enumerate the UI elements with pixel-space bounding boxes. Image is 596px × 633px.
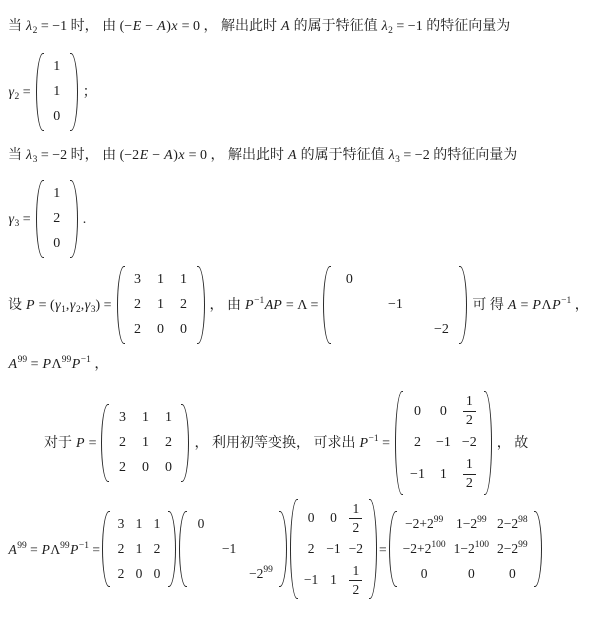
matrix-cell: 1 xyxy=(155,270,167,290)
matrix-cell: 2 xyxy=(162,433,174,453)
matrix-cell: −2 xyxy=(349,539,363,559)
right-parenthesis xyxy=(369,499,377,599)
matrix-cell: 12 xyxy=(463,458,476,491)
right-parenthesis xyxy=(279,511,287,587)
matrix-cell: 2−298 xyxy=(497,514,528,534)
matrix-cell: 1 xyxy=(437,465,449,485)
text-lambda2-case: 当 λ2 = −1 时， 由 (−E − A)x = 0 ， 解出此时 A 的属… xyxy=(8,16,510,37)
matrix-cell: −1 xyxy=(410,465,425,485)
paragraph-a99-formula: A99 = PΛ99P−1 ， xyxy=(8,354,590,375)
matrix-grid: 0−1−299 xyxy=(192,511,274,587)
text-equals-sign: = xyxy=(379,539,387,560)
matrix-lambda99-diagonal: 0−1−299 xyxy=(179,511,287,587)
matrix-grid: 110 xyxy=(49,53,65,131)
vector-gamma2: 110 xyxy=(36,53,78,131)
matrix-grid: 120 xyxy=(49,180,65,258)
right-parenthesis xyxy=(197,266,205,344)
text-gamma3-tail: . xyxy=(83,209,87,230)
matrix-cell: 0 xyxy=(139,458,151,478)
paragraph-diagonalization: 设 P = (γ1,γ2,γ3) = 311212200 ， 由 P−1AP =… xyxy=(8,266,590,344)
matrix-cell: 1 xyxy=(51,82,63,102)
matrix-cell: 12 xyxy=(349,502,362,534)
fraction-denominator: 2 xyxy=(352,519,359,535)
matrix-cell: 1 xyxy=(152,514,162,534)
math-solution-document: 当 λ2 = −1 时， 由 (−E − A)x = 0 ， 解出此时 A 的属… xyxy=(0,0,596,599)
matrix-cell: 1 xyxy=(134,514,144,534)
matrix-cell: −1 xyxy=(304,570,318,590)
matrix-cell: 2 xyxy=(116,539,126,559)
right-parenthesis xyxy=(168,511,176,587)
matrix-cell: 0 xyxy=(419,564,429,584)
matrix-cell: 0 xyxy=(152,564,162,584)
matrix-grid: −2+2991−2992−298−2+21001−21002−299000 xyxy=(402,511,529,587)
text-gamma2-tail: ； xyxy=(83,82,97,103)
matrix-cell: 1 xyxy=(178,270,190,290)
matrix-cell: 1 xyxy=(155,295,167,315)
matrix-cell: 2 xyxy=(116,433,128,453)
text-conclude-A: 可 得 A = PΛP−1 ， xyxy=(472,295,588,316)
matrix-cell: 2−299 xyxy=(497,539,528,559)
paragraph-p-inverse: 对于 P = 311212200 ， 利用初等变换， 可求出 P−1 = 001… xyxy=(44,391,590,495)
matrix-cell: 1−2100 xyxy=(454,539,489,559)
right-parenthesis xyxy=(484,391,492,495)
matrix-cell: 1 xyxy=(328,570,338,590)
matrix-cell: 0 xyxy=(507,564,517,584)
left-parenthesis xyxy=(389,511,397,587)
right-parenthesis xyxy=(459,266,467,344)
fraction: 12 xyxy=(349,502,362,534)
matrix-cell: 3 xyxy=(132,270,144,290)
text-for-P: 对于 P = xyxy=(44,433,96,454)
matrix-lambda-diagonal: 0−1−2 xyxy=(323,266,467,344)
matrix-grid: 00122−1−2−1112 xyxy=(408,391,479,495)
matrix-cell: 12 xyxy=(349,564,362,596)
text-elementary-transform: ， 利用初等变换， 可求出 P−1 = xyxy=(194,433,390,454)
matrix-cell: 0 xyxy=(338,270,360,290)
matrix-cell: 1 xyxy=(139,408,151,428)
matrix-cell: 0 xyxy=(328,508,338,528)
left-parenthesis xyxy=(323,266,331,344)
left-parenthesis xyxy=(290,499,298,599)
matrix-cell: 0 xyxy=(155,320,167,340)
matrix-cell: −2+299 xyxy=(405,514,443,534)
matrix-a99-result: −2+2991−2992−298−2+21001−21002−299000 xyxy=(389,511,542,587)
paragraph-eigenvalue-lambda3: 当 λ3 = −2 时， 由 (−2E − A)x = 0 ， 解出此时 A 的… xyxy=(8,145,590,166)
matrix-cell: −1 xyxy=(384,295,406,315)
left-parenthesis xyxy=(101,404,109,482)
matrix-cell: 1 xyxy=(51,184,63,204)
matrix-cell: −1 xyxy=(221,539,237,559)
fraction: 12 xyxy=(463,458,476,491)
matrix-cell: 1 xyxy=(139,433,151,453)
text-a99-expansion: A99 = PΛ99P−1 = xyxy=(8,539,100,560)
fraction: 12 xyxy=(463,395,476,428)
fraction-numerator: 1 xyxy=(463,395,476,412)
matrix-cell: 2 xyxy=(132,320,144,340)
matrix-cell: 2 xyxy=(51,209,63,229)
matrix-P: 311212200 xyxy=(117,266,205,344)
matrix-cell: 2 xyxy=(116,458,128,478)
paragraph-a99-computation: A99 = PΛ99P−1 = 311212200 0−1−299 00122−… xyxy=(8,499,590,599)
matrix-cell: 0 xyxy=(134,564,144,584)
matrix-grid: 311212200 xyxy=(114,404,176,482)
matrix-cell: 1 xyxy=(51,57,63,77)
matrix-cell: 2 xyxy=(412,433,424,453)
paragraph-eigenvalue-lambda2: 当 λ2 = −1 时， 由 (−E − A)x = 0 ， 解出此时 A 的属… xyxy=(8,16,590,37)
text-a99-formula: A99 = PΛ99P−1 ， xyxy=(8,354,108,375)
text-gamma3-lead: γ3 = xyxy=(8,209,31,230)
fraction-numerator: 1 xyxy=(349,564,362,581)
left-parenthesis xyxy=(102,511,110,587)
right-parenthesis xyxy=(70,180,78,258)
matrix-cell: 12 xyxy=(463,395,476,428)
matrix-P-inverse-factor: 00122−1−2−1112 xyxy=(290,499,377,599)
text-lambda3-case: 当 λ3 = −2 时， 由 (−2E − A)x = 0 ， 解出此时 A 的… xyxy=(8,145,517,166)
right-parenthesis xyxy=(534,511,542,587)
paragraph-gamma2-vector: γ2 = 110 ； xyxy=(8,53,590,131)
fraction-numerator: 1 xyxy=(463,458,476,475)
matrix-cell: −1 xyxy=(326,539,340,559)
matrix-cell: 0 xyxy=(412,402,424,422)
matrix-cell: 0 xyxy=(162,458,174,478)
fraction: 12 xyxy=(349,564,362,596)
matrix-P-factor: 311212200 xyxy=(102,511,176,587)
text-therefore: ， 故 xyxy=(497,433,529,454)
matrix-cell: 0 xyxy=(51,234,63,254)
matrix-cell: −2+2100 xyxy=(403,539,446,559)
paragraph-gamma3-vector: γ3 = 120 . xyxy=(8,180,590,258)
text-similar-transform: ， 由 P−1AP = Λ = xyxy=(210,295,319,316)
text-define-P: 设 P = (γ1,γ2,γ3) = xyxy=(8,295,112,316)
matrix-cell: 1 xyxy=(134,539,144,559)
matrix-cell: 3 xyxy=(116,514,126,534)
matrix-cell: 1 xyxy=(162,408,174,428)
matrix-P-again: 311212200 xyxy=(101,404,189,482)
matrix-cell: 0 xyxy=(466,564,476,584)
matrix-cell: 0 xyxy=(437,402,449,422)
fraction-denominator: 2 xyxy=(352,581,359,597)
matrix-cell: 0 xyxy=(306,508,316,528)
fraction-numerator: 1 xyxy=(349,502,362,519)
matrix-grid: 00122−1−2−1112 xyxy=(303,499,364,599)
matrix-cell: 0 xyxy=(51,107,63,127)
matrix-grid: 311212200 xyxy=(130,266,192,344)
matrix-cell: −2 xyxy=(430,320,452,340)
fraction-denominator: 2 xyxy=(466,475,473,491)
right-parenthesis xyxy=(70,53,78,131)
right-parenthesis xyxy=(181,404,189,482)
matrix-P-inverse: 00122−1−2−1112 xyxy=(395,391,492,495)
fraction-denominator: 2 xyxy=(466,412,473,428)
matrix-cell: 3 xyxy=(116,408,128,428)
matrix-cell: 2 xyxy=(116,564,126,584)
left-parenthesis xyxy=(117,266,125,344)
left-parenthesis xyxy=(395,391,403,495)
matrix-cell: 0 xyxy=(193,514,209,534)
matrix-cell: 2 xyxy=(132,295,144,315)
matrix-cell: 2 xyxy=(306,539,316,559)
text-gamma2-lead: γ2 = xyxy=(8,82,31,103)
matrix-cell: 0 xyxy=(178,320,190,340)
matrix-cell: −2 xyxy=(462,433,477,453)
vector-gamma3: 120 xyxy=(36,180,78,258)
left-parenthesis xyxy=(179,511,187,587)
left-parenthesis xyxy=(36,53,44,131)
matrix-cell: 2 xyxy=(178,295,190,315)
matrix-cell: −1 xyxy=(436,433,451,453)
matrix-grid: 0−1−2 xyxy=(336,266,454,344)
matrix-grid: 311212200 xyxy=(115,511,163,587)
matrix-cell: 1−299 xyxy=(456,514,487,534)
left-parenthesis xyxy=(36,180,44,258)
matrix-cell: −299 xyxy=(249,564,273,584)
matrix-cell: 2 xyxy=(152,539,162,559)
